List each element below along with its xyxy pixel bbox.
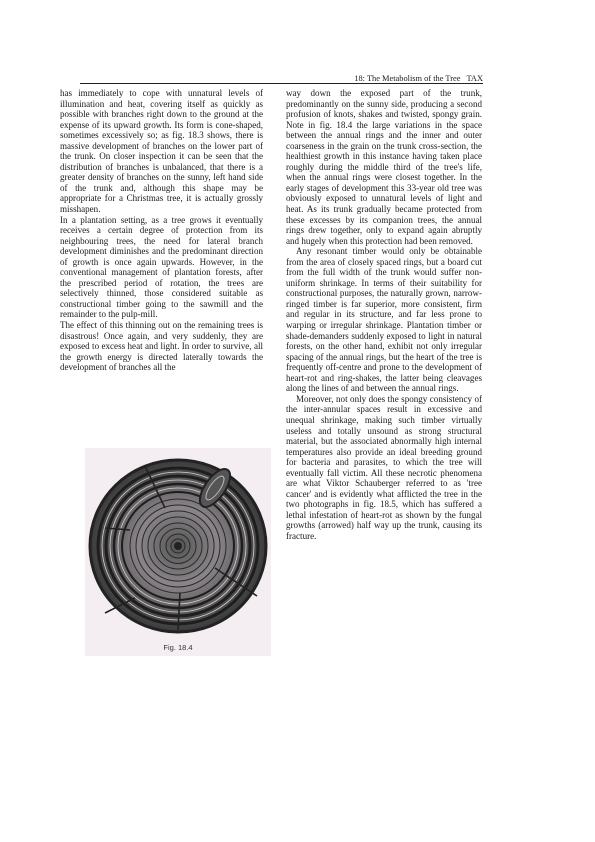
paragraph: In a plantation setting, as a tree grows… [60, 215, 263, 320]
chapter-title: 18: The Metabolism of the Tree [354, 74, 460, 83]
paragraph: has immediately to cope with unnatural l… [60, 88, 263, 215]
paragraph: Any resonant timber would only be obtain… [286, 246, 482, 394]
figure-caption: Fig. 18.4 [85, 643, 271, 652]
header-rule [80, 83, 483, 84]
paragraph: Moreover, not only does the spongy consi… [286, 394, 482, 542]
figure-tree-cross-section: Fig. 18.4 [85, 448, 271, 656]
tree-rings-image [85, 448, 271, 656]
paragraph: way down the exposed part of the trunk, … [286, 88, 482, 246]
left-column: has immediately to cope with unnatural l… [60, 88, 263, 373]
paragraph: The effect of this thinning out on the r… [60, 320, 263, 373]
right-column: way down the exposed part of the trunk, … [286, 88, 482, 542]
header-tag: TAX [466, 74, 483, 83]
